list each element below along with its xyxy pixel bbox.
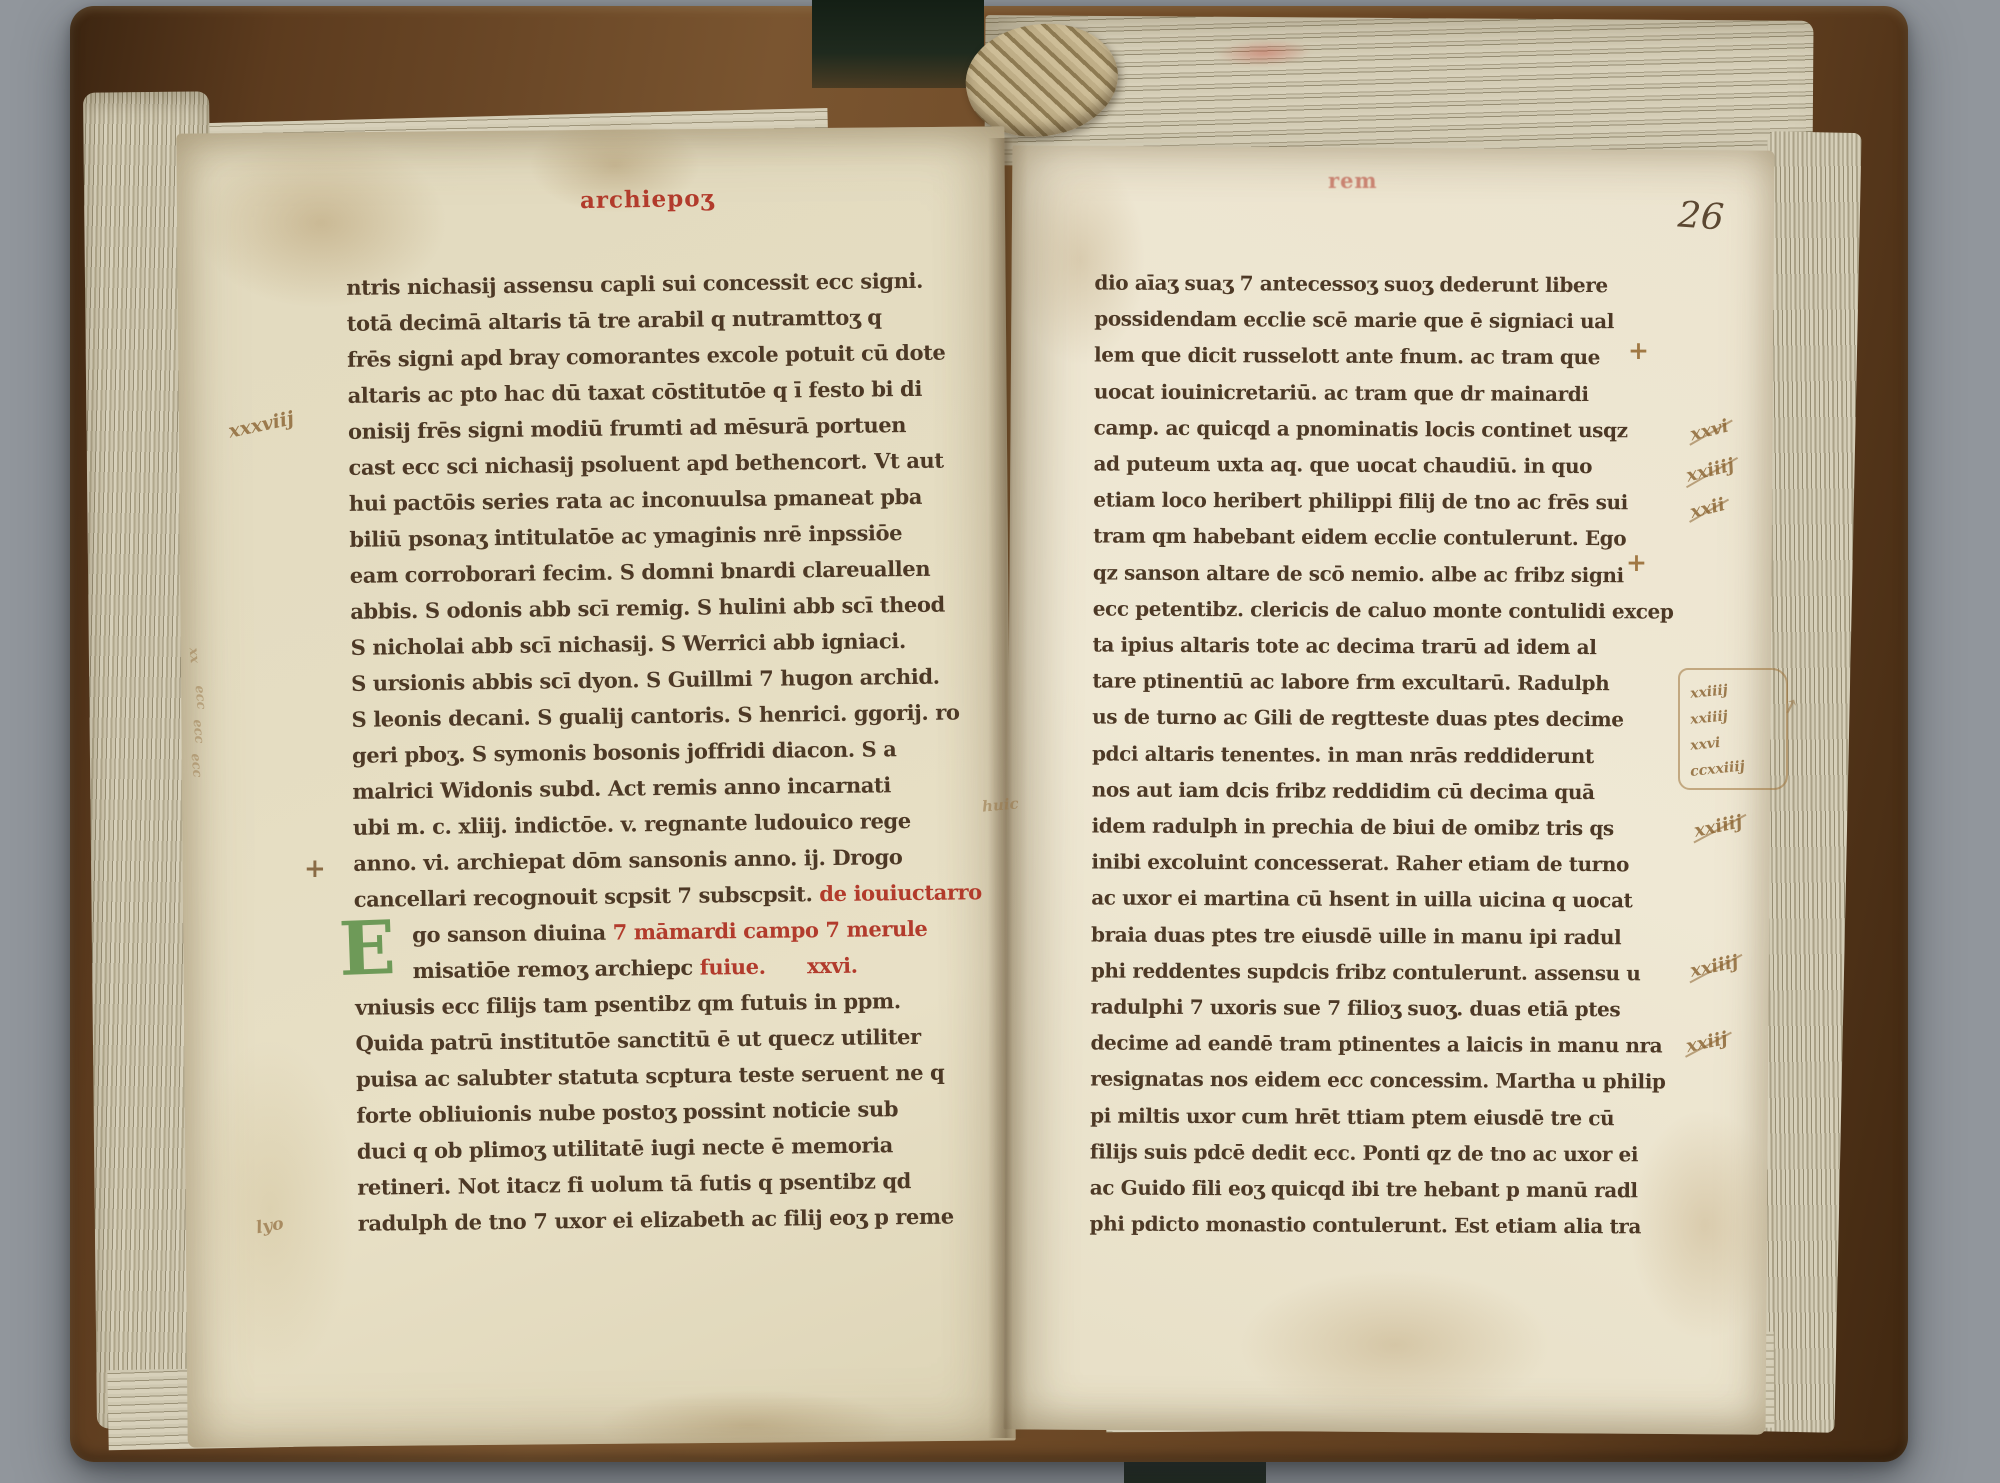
- manuscript-text-line: etiam loco heribert philippi filij de tn…: [1093, 482, 1674, 521]
- text-segment-ink: cancellari recognouit scpsit 7 subscpsit…: [354, 881, 820, 912]
- manuscript-text-line: inibi excoluint concesserat. Raher etiam…: [1091, 844, 1672, 883]
- text-segment-ink: abbis. S odonis abb scī remig. S hulini …: [350, 592, 945, 624]
- book-cradle-strap-top: [812, 0, 984, 88]
- text-segment-ink: ntris nichasij assensu capli sui concess…: [346, 268, 923, 300]
- text-segment-ink: ac uxor ei martina cū hsent in uilla uic…: [1091, 886, 1632, 913]
- text-segment-ink: totā decimā altaris tā tre arabil q nutr…: [347, 304, 882, 336]
- text-segment-ink: ad puteum uxta aq. que uocat chaudiū. in…: [1093, 451, 1592, 478]
- text-segment-red: xxvi.: [807, 953, 858, 979]
- text-segment-ink: phi reddentes supdcis fribz contulerunt.…: [1091, 958, 1641, 985]
- manuscript-text-line: uocat iouinicretariū. ac tram que dr mai…: [1094, 373, 1675, 412]
- manuscript-text-line: possidendam ecclie scē marie que ē signi…: [1094, 301, 1675, 340]
- text-segment-red: 7 māmardi campo 7 merule: [612, 916, 927, 945]
- text-segment-ink: malrici Widonis subd. Act remis anno inc…: [352, 772, 891, 804]
- manuscript-text-line: pi miltis uxor cum hrēt ttiam ptem eiusd…: [1090, 1097, 1671, 1136]
- text-segment-ink: idem radulph in prechia de biui de omibz…: [1092, 814, 1614, 841]
- manuscript-text-line: filijs suis pdcē dedit ecc. Ponti qz de …: [1090, 1133, 1671, 1172]
- text-segment-ink: ta ipius altaris tote ac decima trarū ad…: [1093, 633, 1597, 660]
- left-page-text-block: ntris nichasij assensu capli sui concess…: [346, 262, 986, 1242]
- right-page-rubric-header: rem: [1328, 168, 1378, 193]
- text-segment-ink: ac Guido fili eoʒ quicqd ibi tre hebant …: [1090, 1176, 1638, 1203]
- text-segment-ink: geri pboʒ. S symonis bosonis joffridi di…: [352, 736, 897, 768]
- text-segment-ink: tare ptinentiū ac labore frm excultarū. …: [1092, 669, 1609, 696]
- text-segment-ink: biliū psonaʒ intitulatōe ac ymaginis nrē…: [349, 520, 902, 552]
- text-segment-ink: S nicholai abb scī nichasij. S Werrici a…: [351, 628, 906, 660]
- text-segment-ink: radulphi 7 uxoris sue 7 filioʒ suoʒ. dua…: [1091, 995, 1621, 1022]
- text-segment-ink: frēs signi apd bray comorantes excole po…: [347, 340, 945, 372]
- manuscript-text-line: braia duas ptes tre eiusdē uille in manu…: [1091, 916, 1672, 955]
- right-margin-cross-mark: +: [1626, 548, 1647, 577]
- right-margin-cross-mark: +: [1628, 336, 1649, 365]
- text-segment-ink: pi miltis uxor cum hrēt ttiam ptem eiusd…: [1090, 1103, 1614, 1130]
- manuscript-text-line: tare ptinentiū ac labore frm excultarū. …: [1092, 663, 1673, 702]
- faded-red-mark: [1216, 38, 1313, 67]
- left-margin-note-faded: xx: [186, 647, 202, 664]
- manuscript-text-line: us de turno ac Gili de regtteste duas pt…: [1092, 699, 1673, 738]
- manuscript-text-line: phi reddentes supdcis fribz contulerunt.…: [1091, 952, 1672, 991]
- text-segment-ink: altaris ac pto hac dū taxat cōstitutōe q…: [347, 376, 922, 408]
- manuscript-text-line: pdci altaris tenentes. in man nrās reddi…: [1092, 735, 1673, 774]
- text-segment-ink: tram qm habebant eidem ecclie contulerun…: [1093, 524, 1626, 551]
- manuscript-text-line: camp. ac quicqd a pnominatis locis conti…: [1094, 409, 1675, 448]
- manuscript-text-line: decime ad eandē tram ptinentes a laicis …: [1090, 1025, 1671, 1064]
- right-page-text-block: dio aīaʒ suaʒ 7 antecessoʒ suoʒ dederunt…: [1089, 264, 1675, 1245]
- text-segment-ink: lem que dicit russelott ante fnum. ac tr…: [1094, 343, 1600, 370]
- manuscript-text-line: phi pdicto monastio contulerunt. Est eti…: [1089, 1206, 1670, 1245]
- text-segment-ink: filijs suis pdcē dedit ecc. Ponti qz de …: [1090, 1139, 1638, 1166]
- text-segment-ink: duci q ob plimoʒ utilitatē iugi necte ē …: [357, 1132, 893, 1164]
- text-segment-ink: puisa ac salubter statuta scptura teste …: [356, 1060, 945, 1092]
- manuscript-text-line: ad puteum uxta aq. que uocat chaudiū. in…: [1093, 445, 1674, 484]
- manuscript-text-line: ta ipius altaris tote ac decima trarū ad…: [1092, 627, 1673, 666]
- text-segment-ink: vniusis ecc filijs tam psentibz qm futui…: [355, 988, 901, 1020]
- gutter-shadow: [988, 138, 1028, 1438]
- manuscript-text-line: resignatas nos eidem ecc concessim. Mart…: [1090, 1061, 1671, 1100]
- text-segment-ink: resignatas nos eidem ecc concessim. Mart…: [1090, 1067, 1665, 1094]
- manuscript-text-line: idem radulph in prechia de biui de omibz…: [1092, 808, 1673, 847]
- text-segment-ink: radulph de tno 7 uxor ei elizabeth ac fi…: [358, 1204, 954, 1236]
- manuscript-text-line: ac uxor ei martina cū hsent in uilla uic…: [1091, 880, 1672, 919]
- text-segment-ink: S leonis decani. S gualij cantoris. S he…: [351, 699, 959, 731]
- manuscript-text-line: ac Guido fili eoʒ quicqd ibi tre hebant …: [1090, 1170, 1671, 1209]
- text-segment-ink: S ursionis abbis scī dyon. S Guillmi 7 h…: [351, 664, 940, 696]
- text-segment-ink: decime ad eandē tram ptinentes a laicis …: [1090, 1031, 1662, 1058]
- text-segment-ink: eam corroborari fecim. S domni bnardi cl…: [350, 556, 931, 588]
- manuscript-text-line: radulphi 7 uxoris sue 7 filioʒ suoʒ. dua…: [1091, 989, 1672, 1028]
- manuscript-text-line: dio aīaʒ suaʒ 7 antecessoʒ suoʒ dederunt…: [1094, 264, 1675, 303]
- text-segment-ink: hui pactōis series rata ac inconuulsa pm…: [349, 484, 922, 516]
- manuscript-text-line: tram qm habebant eidem ecclie contulerun…: [1093, 518, 1674, 557]
- right-margin-boxed-numerals: xxiiij xxiiij xxvi ccxxiiij: [1678, 668, 1788, 790]
- gutter-margin-note: huic: [981, 794, 1019, 815]
- text-segment-ink: onisij frēs signi modiū frumti ad mēsurā…: [348, 412, 906, 444]
- left-page-rubric-header: archiepoʒ: [580, 185, 715, 214]
- text-segment-ink: possidendam ecclie scē marie que ē signi…: [1094, 307, 1614, 334]
- text-segment-ink: braia duas ptes tre eiusdē uille in manu…: [1091, 922, 1621, 949]
- photo-backdrop: archiepoʒ rem 26 ntris nichasij assensu …: [0, 0, 2000, 1483]
- text-segment-red: de iouiuctarro: [819, 879, 982, 906]
- text-segment-ink: cast ecc sci nichasij psoluent apd bethe…: [348, 448, 943, 480]
- text-segment-ink: nos aut iam dcis fribz reddidim cū decim…: [1092, 777, 1595, 804]
- manuscript-text-line: qz sanson altare de scō nemio. albe ac f…: [1093, 554, 1674, 593]
- text-segment-ink: pdci altaris tenentes. in man nrās reddi…: [1092, 741, 1594, 768]
- manuscript-text-line: radulph de tno 7 uxor ei elizabeth ac fi…: [358, 1198, 986, 1242]
- text-segment-ink: ecc petentibz. clericis de caluo monte c…: [1093, 596, 1674, 623]
- manuscript-text-line: lem que dicit russelott ante fnum. ac tr…: [1094, 337, 1675, 376]
- text-segment-ink: qz sanson altare de scō nemio. albe ac f…: [1093, 560, 1624, 587]
- text-segment-ink: ubi m. c. xliij. indictōe. v. regnante l…: [353, 808, 911, 840]
- text-segment-ink: etiam loco heribert philippi filij de tn…: [1093, 488, 1628, 515]
- text-segment-ink: us de turno ac Gili de regtteste duas pt…: [1092, 705, 1624, 732]
- text-segment-ink: inibi excoluint concesserat. Raher etiam…: [1091, 850, 1629, 877]
- text-segment-ink: phi pdicto monastio contulerunt. Est eti…: [1089, 1212, 1641, 1239]
- left-margin-note-faded: ecc: [192, 685, 209, 710]
- text-segment-ink: Quida patrū institutōe sanctitū ē ut que…: [355, 1024, 920, 1056]
- text-segment-ink: dio aīaʒ suaʒ 7 antecessoʒ suoʒ dederunt…: [1094, 270, 1607, 297]
- text-segment-ink: retineri. Not itacz fi uolum tā futis q …: [357, 1168, 911, 1200]
- text-segment-ink: anno. vi. archiepat dōm sansonis anno. i…: [353, 844, 902, 876]
- text-segment-ink: camp. ac quicqd a pnominatis locis conti…: [1094, 415, 1628, 442]
- text-segment-ink: misatiōe remoʒ archiepc: [412, 955, 699, 984]
- text-segment-ink: forte obliuionis nube postoʒ possint not…: [356, 1096, 898, 1128]
- text-segment-ink: go sanson diuina: [412, 920, 613, 947]
- text-segment-ink: uocat iouinicretariū. ac tram que dr mai…: [1094, 379, 1589, 406]
- manuscript-text-line: nos aut iam dcis fribz reddidim cū decim…: [1092, 771, 1673, 810]
- folio-number: 26: [1677, 194, 1726, 238]
- left-margin-note-faded: ecc: [188, 753, 205, 778]
- text-segment-red: fuiue.: [700, 954, 766, 980]
- left-margin-note-faded: ecc: [190, 719, 207, 744]
- left-margin-cross-mark: +: [304, 854, 326, 884]
- illuminated-initial: E: [338, 911, 397, 987]
- manuscript-text-line: ecc petentibz. clericis de caluo monte c…: [1093, 590, 1674, 629]
- text-segment-ink: [765, 953, 807, 979]
